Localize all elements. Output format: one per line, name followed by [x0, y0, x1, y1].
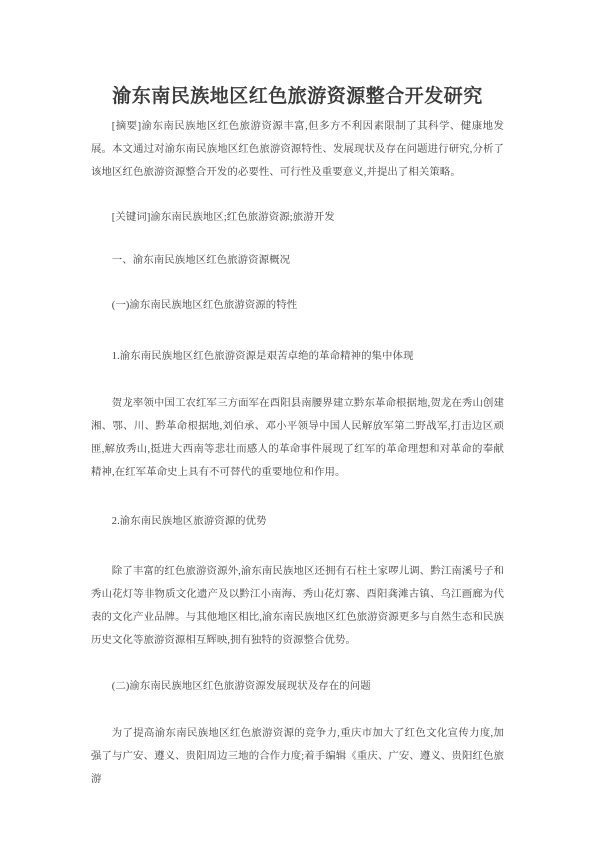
- subsection-1-1-heading: (一)渝东南民族地区红色旅游资源的特性: [91, 294, 504, 317]
- point-2-heading: 2.渝东南民族地区旅游资源的优势: [91, 510, 504, 533]
- point-2-paragraph: 除了丰富的红色旅游资源外,渝东南民族地区还拥有石柱土家啰儿调、黔江南溪号子和秀山…: [91, 560, 504, 652]
- subsection-1-2-heading: (二)渝东南民族地区红色旅游资源发展现状及存在的问题: [91, 675, 504, 698]
- keywords-line: [关键词]渝东南民族地区;红色旅游资源;旅游开发: [91, 206, 504, 229]
- document-page: 渝东南民族地区红色旅游资源整合开发研究 [摘要]渝东南民族地区红色旅游资源丰富,…: [0, 0, 595, 842]
- point-1-heading: 1.渝东南民族地区红色旅游资源是艰苦卓绝的革命精神的集中体现: [91, 345, 504, 368]
- section-1-heading: 一、渝东南民族地区红色旅游资源概况: [91, 249, 504, 272]
- point-1-paragraph: 贺龙率领中国工农红军三方面军在酉阳县南腰界建立黔东革命根据地,贺龙在秀山创建湘、…: [91, 392, 504, 484]
- abstract-paragraph: [摘要]渝东南民族地区红色旅游资源丰富,但多方不利因素限制了其科学、健康地发展。…: [91, 115, 504, 184]
- paper-title: 渝东南民族地区红色旅游资源整合开发研究: [0, 84, 595, 110]
- trailing-paragraph: 为了提高渝东南民族地区红色旅游资源的竞争力,重庆市加大了红色文化宣传力度,加强了…: [91, 722, 504, 791]
